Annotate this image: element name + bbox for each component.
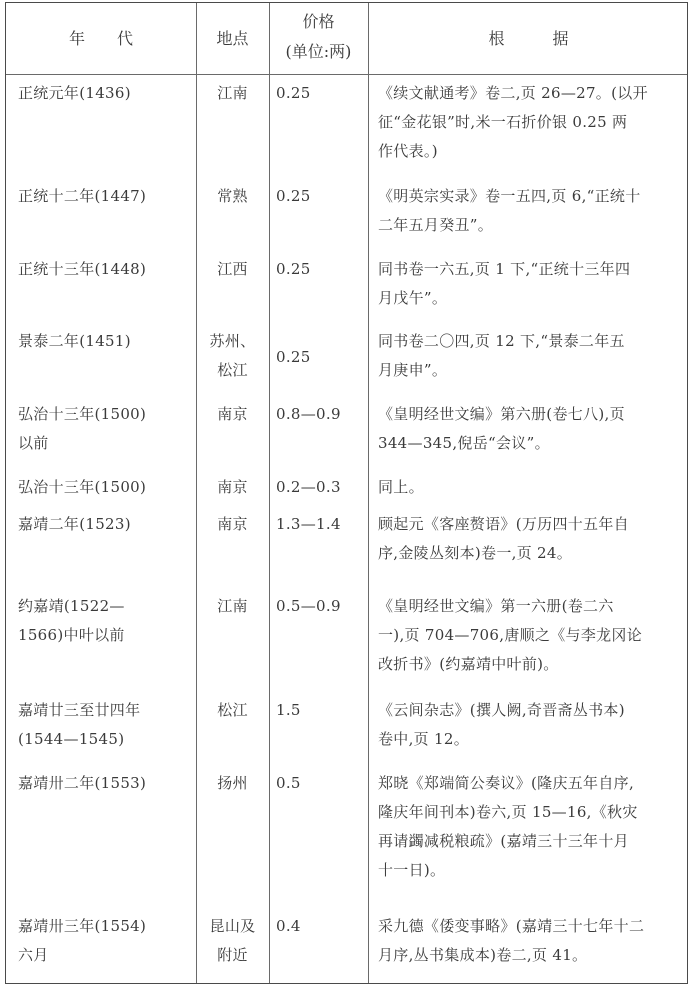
cell-source: 《皇明经世文编》第六册(卷七八),页 344—345,倪岳“会议”。 xyxy=(378,400,688,458)
column-divider xyxy=(368,3,369,983)
cell-era: 正统十三年(1448) xyxy=(18,255,194,284)
cell-place: 南京 xyxy=(196,473,269,502)
cell-place: 南京 xyxy=(196,510,269,539)
header-place: 地点 xyxy=(196,24,269,53)
cell-era: 弘治十三年(1500) xyxy=(18,473,194,502)
cell-source: 郑晓《郑端简公奏议》(隆庆五年自序, 隆庆年间刊本)卷六,页 15—16,《秋灾… xyxy=(378,769,688,885)
cell-place: 常熟 xyxy=(196,182,269,211)
cell-price: 0.2—0.3 xyxy=(276,473,341,502)
price-table: 年 代 地点 价格 (单位:两) 根 据 正统元年(1436) 江南 0.25 … xyxy=(5,2,688,984)
cell-era: 嘉靖卅二年(1553) xyxy=(18,769,194,798)
cell-source: 同书卷一六五,页 1 下,“正统十三年四 月戊午”。 xyxy=(378,255,688,313)
header-era: 年 代 xyxy=(6,24,196,53)
cell-price: 1.3—1.4 xyxy=(276,510,341,539)
cell-price: 0.25 xyxy=(276,182,311,211)
cell-source: 顾起元《客座赘语》(万历四十五年自 序,金陵丛刻本)卷一,页 24。 xyxy=(378,510,688,568)
cell-era: 景泰二年(1451) xyxy=(18,327,194,356)
cell-place: 南京 xyxy=(196,400,269,429)
cell-place: 松江 xyxy=(196,696,269,725)
cell-era: 约嘉靖(1522— 1566)中叶以前 xyxy=(18,592,194,650)
cell-era: 嘉靖卅三年(1554) 六月 xyxy=(18,912,194,970)
cell-era: 正统元年(1436) xyxy=(18,79,194,108)
cell-price: 1.5 xyxy=(276,696,301,725)
cell-source: 同上。 xyxy=(378,473,688,502)
header-price: 价格 xyxy=(269,7,368,36)
cell-source: 同书卷二〇四,页 12 下,“景泰二年五 月庚申”。 xyxy=(378,327,688,385)
cell-price: 0.5 xyxy=(276,769,301,798)
cell-place: 苏州、 松江 xyxy=(196,327,269,385)
cell-price: 0.4 xyxy=(276,912,301,941)
cell-era: 正统十二年(1447) xyxy=(18,182,194,211)
column-divider xyxy=(269,3,270,983)
cell-era: 嘉靖二年(1523) xyxy=(18,510,194,539)
cell-source: 《云间杂志》(撰人阙,奇晋斋丛书本) 卷中,页 12。 xyxy=(378,696,688,754)
cell-price: 0.25 xyxy=(276,343,311,372)
cell-era: 弘治十三年(1500) 以前 xyxy=(18,400,194,458)
cell-place: 江南 xyxy=(196,79,269,108)
cell-source: 《皇明经世文编》第一六册(卷二六 一),页 704—706,唐顺之《与李龙冈论 … xyxy=(378,592,688,679)
header-divider xyxy=(6,74,687,75)
cell-place: 江南 xyxy=(196,592,269,621)
cell-place: 江西 xyxy=(196,255,269,284)
cell-source: 《续文献通考》卷二,页 26—27。(以开 征“金花银”时,米一石折价银 0.2… xyxy=(378,79,688,166)
cell-price: 0.8—0.9 xyxy=(276,400,341,429)
cell-place: 昆山及 附近 xyxy=(196,912,269,970)
cell-price: 0.5—0.9 xyxy=(276,592,341,621)
cell-place: 扬州 xyxy=(196,769,269,798)
header-source: 根 据 xyxy=(368,24,689,53)
cell-source: 《明英宗实录》卷一五四,页 6,“正统十 二年五月癸丑”。 xyxy=(378,182,688,240)
cell-price: 0.25 xyxy=(276,79,311,108)
header-price-unit: (单位:两) xyxy=(269,37,368,66)
cell-price: 0.25 xyxy=(276,255,311,284)
cell-source: 采九德《倭变事略》(嘉靖三十七年十二 月序,丛书集成本)卷二,页 41。 xyxy=(378,912,688,970)
cell-era: 嘉靖廿三至廿四年 (1544—1545) xyxy=(18,696,194,754)
